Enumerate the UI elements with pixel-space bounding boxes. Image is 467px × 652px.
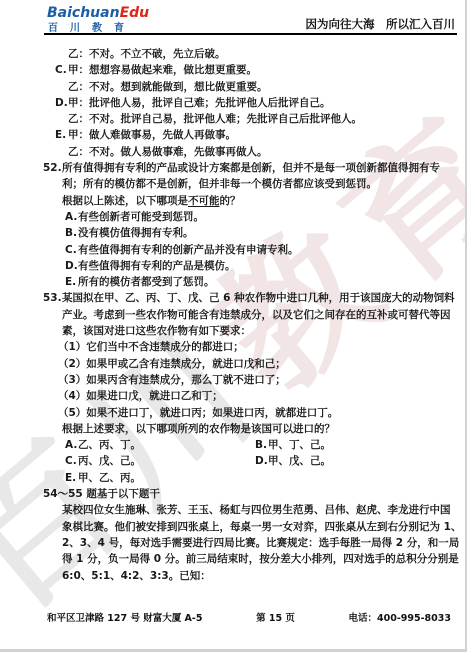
q51-option-d: D.甲：批评他人易，批评自己难；先批评他人后批评自己。 <box>0 95 465 111</box>
q52-option-e: E.所有的模仿者都受到了惩罚。 <box>0 274 465 290</box>
line-label: E. <box>55 127 68 143</box>
option-cell: D.甲、戊、己。 <box>255 453 445 469</box>
q54-55-stem-line4: 得 1 分，负一局得 0 分。前三局结束时，按分差大小排列，四对选手的总积分分别… <box>0 551 465 567</box>
line-label: C. <box>65 453 78 469</box>
line-text: （1）它们当中不含违禁成分的都进口； <box>58 341 244 353</box>
line-text: 所有值得拥有专利的产品或设计方案都是创新，但并不是每一项创新都值得拥有专 <box>62 162 440 174</box>
line-text: 所有的模仿者都受到了惩罚。 <box>78 276 215 288</box>
q52-option-d: D.有些值得拥有专利的产品是模仿。 <box>0 258 465 274</box>
q51-option-d-reply: 乙：不对。批评自己易，批评他人难；先批评自己后批评他人。 <box>0 111 465 127</box>
line-label: C. <box>65 242 78 258</box>
line-text: 乙：不对。批评自己易，批评他人难；先批评自己后批评他人。 <box>68 113 362 125</box>
line-text: 乙：不对。想到就能做到，想比做更重要。 <box>68 81 268 93</box>
q54-55-stem-line1: 某校四位女生施琳、张芳、王玉、杨虹与四位男生范勇、吕伟、赵虎、李龙进行中国 <box>0 502 465 518</box>
line-text: 利；所有的模仿都不是创新，但并非每一个模仿者都应该受到惩罚。 <box>62 178 377 190</box>
line-text: （3）如果丙含有违禁成分，那么丁就不进口了； <box>58 374 286 386</box>
q52-option-c: C.有些值得拥有专利的创新产品并没有申请专利。 <box>0 242 465 258</box>
line-text: 得 1 分，负一局得 0 分。前三局结束时，按分差大小排列，四对选手的总积分分别… <box>62 553 459 565</box>
brand-logo-subtitle: 百川教育 <box>48 19 136 34</box>
line-text: 有些创新者可能受到惩罚。 <box>78 211 204 223</box>
page-footer: 和平区卫津路 127 号 财富大厦 A-5 第 15 页 电话：400-995-… <box>47 610 451 624</box>
q52-option-a: A.有些创新者可能受到惩罚。 <box>0 209 465 225</box>
q53-stem-line2: 产业。考虑到一些农作物可能含有违禁成分，以及它们之间存在的互补或可替代等因 <box>0 307 465 323</box>
q52-question: 根据以上陈述，以下哪项是不可能的？ <box>0 193 465 209</box>
q53-condition-2: （2）如果甲或乙含有违禁成分，就进口戊和己； <box>0 356 465 372</box>
footer-page-number: 第 15 页 <box>256 610 295 624</box>
q53-options-cd: C.丙、戊、己。D.甲、戊、己。 <box>0 453 465 469</box>
line-text: 某国拟在甲、乙、丙、丁、戊、己 6 种农作物中进口几种，用于该国庞大的动物饲料 <box>62 292 455 304</box>
q51-option-e-reply: 乙：不对。做人易做事难，先做事再做人。 <box>0 144 465 160</box>
line-label: A. <box>65 209 78 225</box>
line-text: 甲：批评他人易，批评自己难；先批评他人后批评自己。 <box>68 97 331 109</box>
line-label: D. <box>65 258 78 274</box>
q53-condition-5: （5）如果不进口丁，就进口丙；如果进口丙，就都进口丁。 <box>0 405 465 421</box>
line-label: C. <box>55 62 68 78</box>
q53-condition-4: （4）如果进口戊，就进口乙和丁； <box>0 388 465 404</box>
line-text: 丙、戊、己。 <box>78 455 141 467</box>
q54-55-stem-line5: 6:0、5:1、4:2、3:3。已知： <box>0 568 465 584</box>
document-page: 百川教育 BaichuanEdu 百川教育 因为向往大海 所以汇入百川 乙：不对… <box>0 0 467 652</box>
line-text: （2）如果甲或乙含有违禁成分，就进口戊和己； <box>58 358 286 370</box>
line-text: 没有模仿值得拥有专利。 <box>78 227 194 239</box>
line-text: 素，该国对进口这些农作物有如下要求： <box>62 325 251 337</box>
line-text: 甲：想想容易做起来难，做比想更重要。 <box>68 64 257 76</box>
line-text: 乙：不对。做人易做事难，先做事再做人。 <box>68 146 268 158</box>
line-text: 根据以上陈述，以下哪项是 <box>62 195 188 207</box>
q53-condition-3: （3）如果丙含有违禁成分，那么丁就不进口了； <box>0 372 465 388</box>
line-text: 甲、乙、丙。 <box>78 472 141 484</box>
line-text: 不可能 <box>188 195 220 207</box>
line-text: 某校四位女生施琳、张芳、王玉、杨虹与四位男生范勇、吕伟、赵虎、李龙进行中国 <box>62 504 451 516</box>
body-lines: 乙：不对。不立不破，先立后破。C.甲：想想容易做起来难，做比想更重要。乙：不对。… <box>0 46 465 584</box>
line-label: A. <box>65 437 78 453</box>
line-text: 6:0、5:1、4:2、3:3。已知： <box>62 570 211 582</box>
line-text: （5）如果不进口丁，就进口丙；如果进口丙，就都进口丁。 <box>58 407 338 419</box>
line-label: 53. <box>43 290 62 306</box>
footer-address: 和平区卫津路 127 号 财富大厦 A-5 <box>47 610 202 624</box>
q53-condition-1: （1）它们当中不含违禁成分的都进口； <box>0 339 465 355</box>
line-label: D. <box>255 453 268 469</box>
line-text: 乙：不对。不立不破，先立后破。 <box>68 48 226 60</box>
line-text: 2、3、4 号，每对选手需要进行四局比赛。比赛规定：选手每胜一局得 2 分，和一… <box>62 537 459 549</box>
line-text: （4）如果进口戊，就进口乙和丁； <box>58 390 223 402</box>
line-text: 乙、丙、丁。 <box>78 439 141 451</box>
q54-55-stem-line2: 象棋比赛。他们被安排到四张桌上，每桌一男一女对弈，四张桌从左到右分别记为 1、 <box>0 519 465 535</box>
q54-55-stem-line3: 2、3、4 号，每对选手需要进行四局比赛。比赛规定：选手每胜一局得 2 分，和一… <box>0 535 465 551</box>
q53-stem-line1: 53.某国拟在甲、乙、丙、丁、戊、己 6 种农作物中进口几种，用于该国庞大的动物… <box>0 290 465 306</box>
option-cell: A.乙、丙、丁。 <box>65 437 255 453</box>
q51-option-b-reply: 乙：不对。不立不破，先立后破。 <box>0 46 465 62</box>
line-label: 52. <box>43 160 62 176</box>
option-cell: C.丙、戊、己。 <box>65 453 255 469</box>
q51-option-e: E.甲：做人难做事易，先做人再做事。 <box>0 127 465 143</box>
line-text: 有些值得拥有专利的创新产品并没有申请专利。 <box>78 244 299 256</box>
line-text: 象棋比赛。他们被安排到四张桌上，每桌一男一女对弈，四张桌从左到右分别记为 1、 <box>62 521 461 533</box>
q51-option-c: C.甲：想想容易做起来难，做比想更重要。 <box>0 62 465 78</box>
line-text: 甲：做人难做事易，先做人再做事。 <box>68 129 236 141</box>
line-label: D. <box>55 95 68 111</box>
q53-options-ab: A.乙、丙、丁。B.甲、丁、己。 <box>0 437 465 453</box>
line-text: 甲、丁、己。 <box>268 439 331 451</box>
q53-question: 根据上述要求，以下哪项所列的农作物是该国可以进口的？ <box>0 421 465 437</box>
line-label: E. <box>65 470 78 486</box>
q53-stem-line3: 素，该国对进口这些农作物有如下要求： <box>0 323 465 339</box>
line-label: B. <box>65 225 78 241</box>
q53-option-e: E.甲、乙、丙。 <box>0 470 465 486</box>
q52-stem-line2: 利；所有的模仿都不是创新，但并非每一个模仿者都应该受到惩罚。 <box>0 176 465 192</box>
q52-stem-line1: 52.所有值得拥有专利的产品或设计方案都是创新，但并不是每一项创新都值得拥有专 <box>0 160 465 176</box>
footer-phone: 电话：400-995-8033 <box>349 610 452 624</box>
line-label: E. <box>65 274 78 290</box>
line-text: 54～55 题基于以下题干 <box>43 488 160 500</box>
line-text: 根据上述要求，以下哪项所列的农作物是该国可以进口的？ <box>62 423 335 435</box>
line-text: 的？ <box>220 195 241 207</box>
line-text: 甲、戊、己。 <box>268 455 331 467</box>
line-text: 产业。考虑到一些农作物可能含有违禁成分，以及它们之间存在的互补或可替代等因 <box>62 309 451 321</box>
option-cell: B.甲、丁、己。 <box>255 437 445 453</box>
q54-55-heading: 54～55 题基于以下题干 <box>0 486 465 502</box>
q52-option-b: B.没有模仿值得拥有专利。 <box>0 225 465 241</box>
line-label: B. <box>255 437 268 453</box>
line-text: 有些值得拥有专利的产品是模仿。 <box>78 260 236 272</box>
header-divider <box>44 33 457 35</box>
header-slogan: 因为向往大海 所以汇入百川 <box>306 16 456 32</box>
q51-option-c-reply: 乙：不对。想到就能做到，想比做更重要。 <box>0 79 465 95</box>
